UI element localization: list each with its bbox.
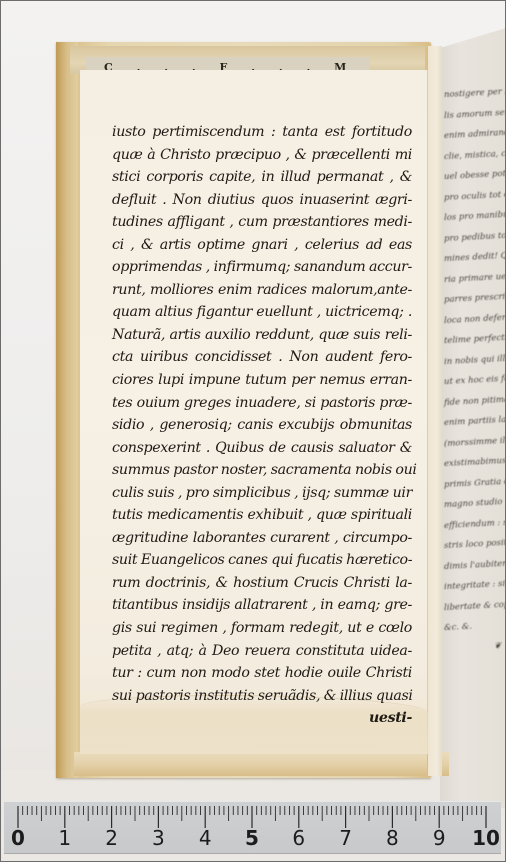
binding-bottom-turn-in xyxy=(74,752,449,776)
page-text-block: iusto pertimiscendum : tanta est fortitu… xyxy=(112,121,412,730)
ruler-label-10: 10 xyxy=(472,826,500,850)
text-line: summus pastor noster, sacramenta nobis o… xyxy=(112,459,412,482)
text-line: sidio , generosiq; canis excubijs obmuni… xyxy=(112,414,412,437)
opposite-page-text: nostigere per Republiclis amorum series … xyxy=(444,81,506,659)
ruler-label-5: 5 xyxy=(245,826,259,850)
text-line: tur : cum non modo stet hodie ouile Chri… xyxy=(112,662,412,685)
text-line: runt, molliores enim radices malorum,ant… xyxy=(112,279,412,302)
opposite-text-line: telime perfectione ubi n xyxy=(444,327,506,352)
text-line: gis sui regimen , formam redegit, ut e c… xyxy=(112,617,412,640)
text-line: quæ à Christo præcipuo , & præcellenti m… xyxy=(112,144,412,167)
book-page: iusto pertimiscendum : tanta est fortitu… xyxy=(80,70,428,754)
text-line: petita , atq; à Deo reuera constituta ui… xyxy=(112,640,412,663)
opposite-page: nostigere per Republiclis amorum series … xyxy=(440,28,506,808)
text-line: culis suis , pro simplicibus , ijsq; sum… xyxy=(112,482,412,505)
opposite-text-line: nostigere per Republic xyxy=(444,81,506,106)
opposite-text-line: ut ex hoc eis fonte acti xyxy=(444,368,506,393)
binding-left-turn-in xyxy=(56,42,78,778)
text-line: tutis medicamentis exhibuit , quæ spirit… xyxy=(112,504,412,527)
opposite-text-line: mines dedit! Quid enim xyxy=(444,245,506,270)
page-fore-edge xyxy=(428,46,442,776)
text-line: cta uiribus concidisset . Non audent fer… xyxy=(112,346,412,369)
opposite-text-line: stris loco posita , nostram xyxy=(444,532,506,557)
text-line: ægritudine laborantes curarent , circump… xyxy=(112,527,412,550)
opposite-text-line: los pro manibus tot ref xyxy=(444,204,506,229)
ruler-label-2: 2 xyxy=(105,826,118,850)
opposite-text-line: magno studio , Euangel xyxy=(444,491,506,516)
text-line: titantibus insidijs allatrarent , in eam… xyxy=(112,594,412,617)
opposite-text-line: uel obesse potest , cui p xyxy=(444,163,506,188)
ruler-label-9: 9 xyxy=(433,826,446,850)
opposite-text-line: libertate & copie fuisim xyxy=(444,593,506,618)
ruler-label-6: 6 xyxy=(292,826,305,850)
text-line: sui pastoris institutis seruãdis, & illi… xyxy=(112,685,412,708)
text-line: opprimendas , infirmumq; sanandum accur- xyxy=(112,256,412,279)
text-line: ciores lupi impune tutum per nemus erran… xyxy=(112,369,412,392)
scale-ruler: 012345678910 xyxy=(4,801,501,853)
ruler-label-1: 1 xyxy=(58,826,71,850)
text-line: Naturã, artis auxilio reddunt, quæ suis … xyxy=(112,324,412,347)
text-line: tes ouium greges inuadere, si pastoris p… xyxy=(112,392,412,415)
ruler-label-4: 4 xyxy=(199,826,212,850)
opposite-text-line: integritate : si filium fui xyxy=(444,573,506,598)
ruler-label-3: 3 xyxy=(152,826,165,850)
ruler-label-7: 7 xyxy=(339,826,352,850)
opposite-text-line: existimabimus , scient xyxy=(444,450,506,475)
text-line: suit Euangelicos canes qui fucatis hæret… xyxy=(112,549,412,572)
catchword: uesti- xyxy=(112,707,412,730)
opposite-text-line: enim admiranda huic Ec xyxy=(444,122,506,147)
ruler-label-8: 8 xyxy=(386,826,399,850)
opposite-text-line: enim partiis labefactare xyxy=(444,409,506,434)
text-line: tudines affligant , cum præstantiores me… xyxy=(112,211,412,234)
text-line: iusto pertimiscendum : tanta est fortitu… xyxy=(112,121,412,144)
text-line: conspexerint . Quibus de causis saluator… xyxy=(112,437,412,460)
text-line: defluit . Non diutius quos inuaserint æg… xyxy=(112,189,412,212)
ruler-ticks xyxy=(4,802,501,828)
text-line: rum doctrinis, & hostium Crucis Christi … xyxy=(112,572,412,595)
opposite-text-line: parres prescripta fide xyxy=(444,286,506,311)
ruler-label-0: 0 xyxy=(11,826,25,850)
text-line: quam altius figantur euellunt , uictrice… xyxy=(112,301,412,324)
text-line: stici corporis capite, in illud permanat… xyxy=(112,166,412,189)
text-line: ci , & artis optime gnari , celerius ad … xyxy=(112,234,412,257)
